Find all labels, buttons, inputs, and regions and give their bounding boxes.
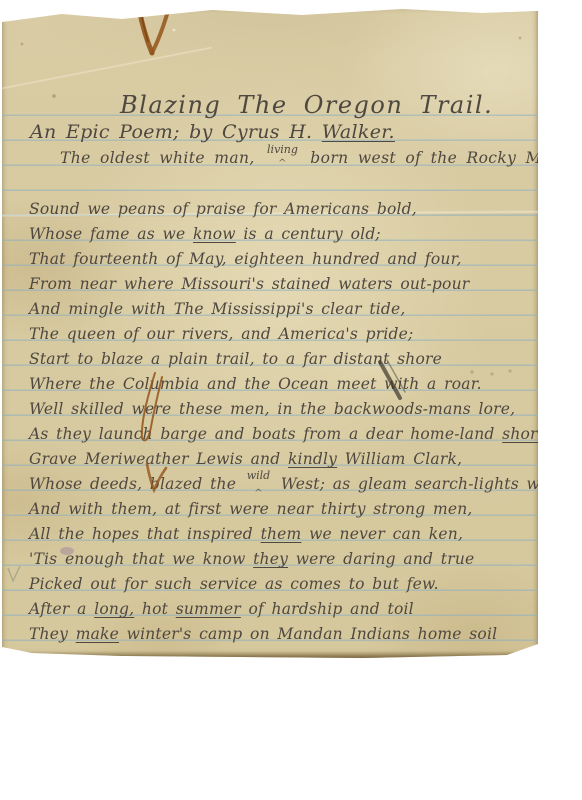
paper-bottom-edge-shadow: [2, 651, 538, 658]
poem-line: Grave Meriweather Lewis and kindly Willi…: [29, 447, 538, 472]
poem-line: From near where Missouri's stained water…: [29, 272, 538, 297]
caret-mark: ^: [254, 481, 263, 506]
poem-line: 'Tis enough that we know they were darin…: [29, 547, 538, 572]
manuscript-paper: Blazing The Oregon Trail. An Epic Poem; …: [2, 6, 538, 658]
subtitle-after: born west of the Rocky Mountains.: [310, 149, 538, 167]
poem-line: As they launch barge and boats from a de…: [29, 422, 538, 447]
paper-speck: [519, 37, 522, 40]
poem-line: All the hopes that inspired them we neve…: [29, 522, 538, 547]
inserted-word-wrap: wild^: [247, 472, 271, 498]
line-before: Whose deeds, blazed the: [29, 475, 236, 493]
paper-speck: [21, 43, 24, 46]
rust-stain-top-right-branch: [152, 6, 171, 53]
poem-line: Well skilled were these men, in the back…: [29, 397, 538, 422]
inserted-word-wrap: living^: [267, 149, 298, 167]
poem-byline: An Epic Poem; by Cyrus H. Walker.: [30, 121, 395, 143]
caret-mark: ^: [278, 158, 287, 169]
inserted-word-living: living: [267, 143, 298, 156]
poem-line: And with them, at first were near thirty…: [29, 497, 538, 522]
paper-speck: [173, 29, 176, 32]
poem-line: That fourteenth of May, eighteen hundred…: [29, 247, 538, 272]
poem-line: They make winter's camp on Mandan Indian…: [29, 622, 538, 647]
line-after: West; as gleam search-lights when 'tis d…: [281, 475, 538, 493]
paper-speck: [52, 94, 56, 98]
poem-body: Sound we peans of praise for Americans b…: [29, 197, 538, 647]
diagonal-crease: [2, 46, 212, 93]
poem-line: Sound we peans of praise for Americans b…: [29, 197, 538, 222]
poem-line: After a long, hot summer of hardship and…: [29, 597, 538, 622]
poem-line: Where the Columbia and the Ocean meet wi…: [29, 372, 538, 397]
margin-check-mark: [8, 566, 20, 581]
poem-line: And mingle with The Mississippi's clear …: [29, 297, 538, 322]
poem-line: Start to blaze a plain trail, to a far d…: [29, 347, 538, 372]
poem-line: The queen of our rivers, and America's p…: [29, 322, 538, 347]
rust-stain-top-left-branch: [137, 6, 152, 53]
poem-line: Picked out for such service as comes to …: [29, 572, 538, 597]
rust-stain-top-detail: [139, 6, 148, 42]
poem-subtitle: The oldest white man, living^ born west …: [60, 149, 538, 167]
poem-title: Blazing The Oregon Trail.: [120, 91, 493, 119]
poem-line: Whose fame as we know is a century old;: [29, 222, 538, 247]
poem-line-with-insert: Whose deeds, blazed the wild^ West; as g…: [29, 472, 538, 497]
scanned-manuscript-page: { "page": {"background": "#ffffff"}, "pa…: [0, 0, 582, 800]
subtitle-before: The oldest white man,: [60, 149, 255, 167]
